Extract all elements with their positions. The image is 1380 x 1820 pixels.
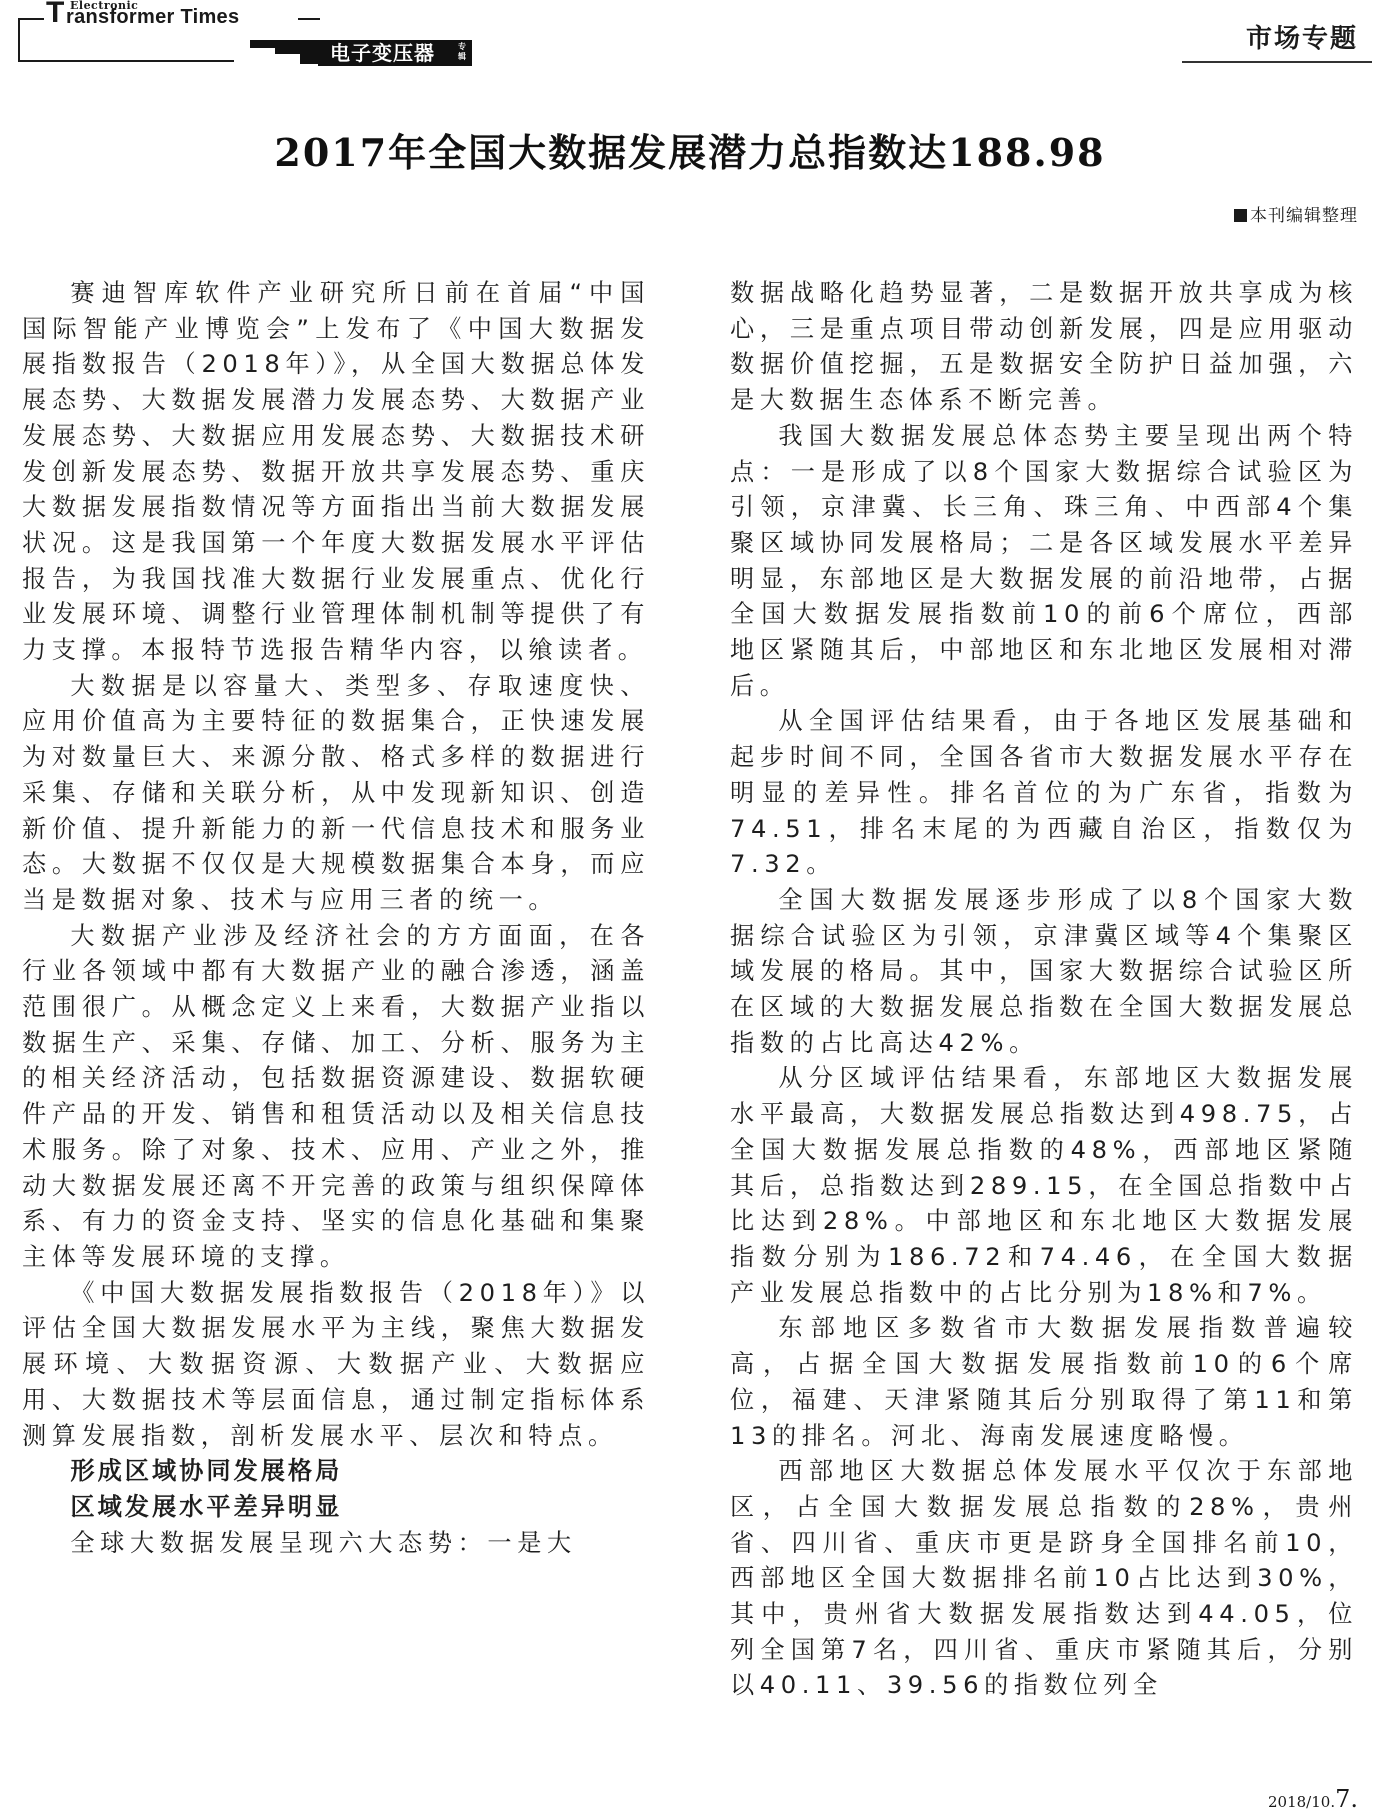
paragraph: 西部地区大数据总体发展水平仅次于东部地区，占全国大数据发展总指数的28%，贵州省…: [730, 1454, 1358, 1704]
masthead-initial: T: [46, 0, 64, 28]
subheading: 区域发展水平差异明显: [22, 1490, 650, 1526]
article-headline: 2017年全国大数据发展潜力总指数达188.98: [0, 128, 1380, 178]
paragraph: 全国大数据发展逐步形成了以8个国家大数据综合试验区为引领，京津冀区域等4个集聚区…: [730, 883, 1358, 1062]
paragraph: 赛迪智库软件产业研究所日前在首届“中国国际智能产业博览会”上发布了《中国大数据发…: [22, 276, 650, 669]
masthead-badge: 电子变压器 专辑: [318, 40, 472, 66]
square-bullet-icon: [1234, 209, 1247, 222]
masthead-rule: [18, 60, 234, 62]
paragraph: 东部地区多数省市大数据发展指数普遍较高，占据全国大数据发展指数前10的6个席位，…: [730, 1311, 1358, 1454]
paragraph: 从全国评估结果看，由于各地区发展基础和起步时间不同，全国各省市大数据发展水平存在…: [730, 704, 1358, 883]
byline: 本刊编辑整理: [1234, 205, 1358, 227]
masthead-title: ransformer Times: [66, 7, 239, 27]
masthead-badge-small: 专辑: [458, 42, 468, 62]
masthead-rule: [20, 18, 44, 20]
paragraph: 从分区域评估结果看，东部地区大数据发展水平最高，大数据发展总指数达到498.75…: [730, 1061, 1358, 1311]
byline-text: 本刊编辑整理: [1250, 206, 1358, 226]
masthead-badge-label: 电子变压器: [330, 41, 435, 65]
paragraph: 全球大数据发展呈现六大态势：一是大: [22, 1526, 650, 1562]
paragraph: 我国大数据发展总体态势主要呈现出两个特点：一是形成了以8个国家大数据综合试验区为…: [730, 419, 1358, 705]
article-column-right: 数据战略化趋势显著，二是数据开放共享成为核心，三是重点项目带动创新发展，四是应用…: [730, 276, 1358, 1704]
page-number: 7.: [1335, 1785, 1358, 1813]
page-footer: 2018/10.7.: [1268, 1788, 1358, 1813]
masthead-rule: [18, 18, 20, 62]
subheading: 形成区域协同发展格局: [22, 1454, 650, 1490]
section-tag: 市场专题: [1246, 24, 1358, 54]
section-rule: [1182, 61, 1372, 63]
paragraph: 大数据是以容量大、类型多、存取速度快、应用价值高为主要特征的数据集合，正快速发展…: [22, 669, 650, 919]
paragraph: 《中国大数据发展指数报告（2018年）》以评估全国大数据发展水平为主线，聚焦大数…: [22, 1276, 650, 1455]
masthead: T Electronic ransformer Times 电子变压器 专辑 市…: [0, 0, 1380, 70]
article-column-left: 赛迪智库软件产业研究所日前在首届“中国国际智能产业博览会”上发布了《中国大数据发…: [22, 276, 650, 1561]
paragraph: 大数据产业涉及经济社会的方方面面，在各行业各领域中都有大数据产业的融合渗透，涵盖…: [22, 919, 650, 1276]
issue-date: 2018/10.: [1268, 1793, 1335, 1811]
masthead-rule: [298, 18, 320, 20]
paragraph-continued: 数据战略化趋势显著，二是数据开放共享成为核心，三是重点项目带动创新发展，四是应用…: [730, 276, 1358, 419]
